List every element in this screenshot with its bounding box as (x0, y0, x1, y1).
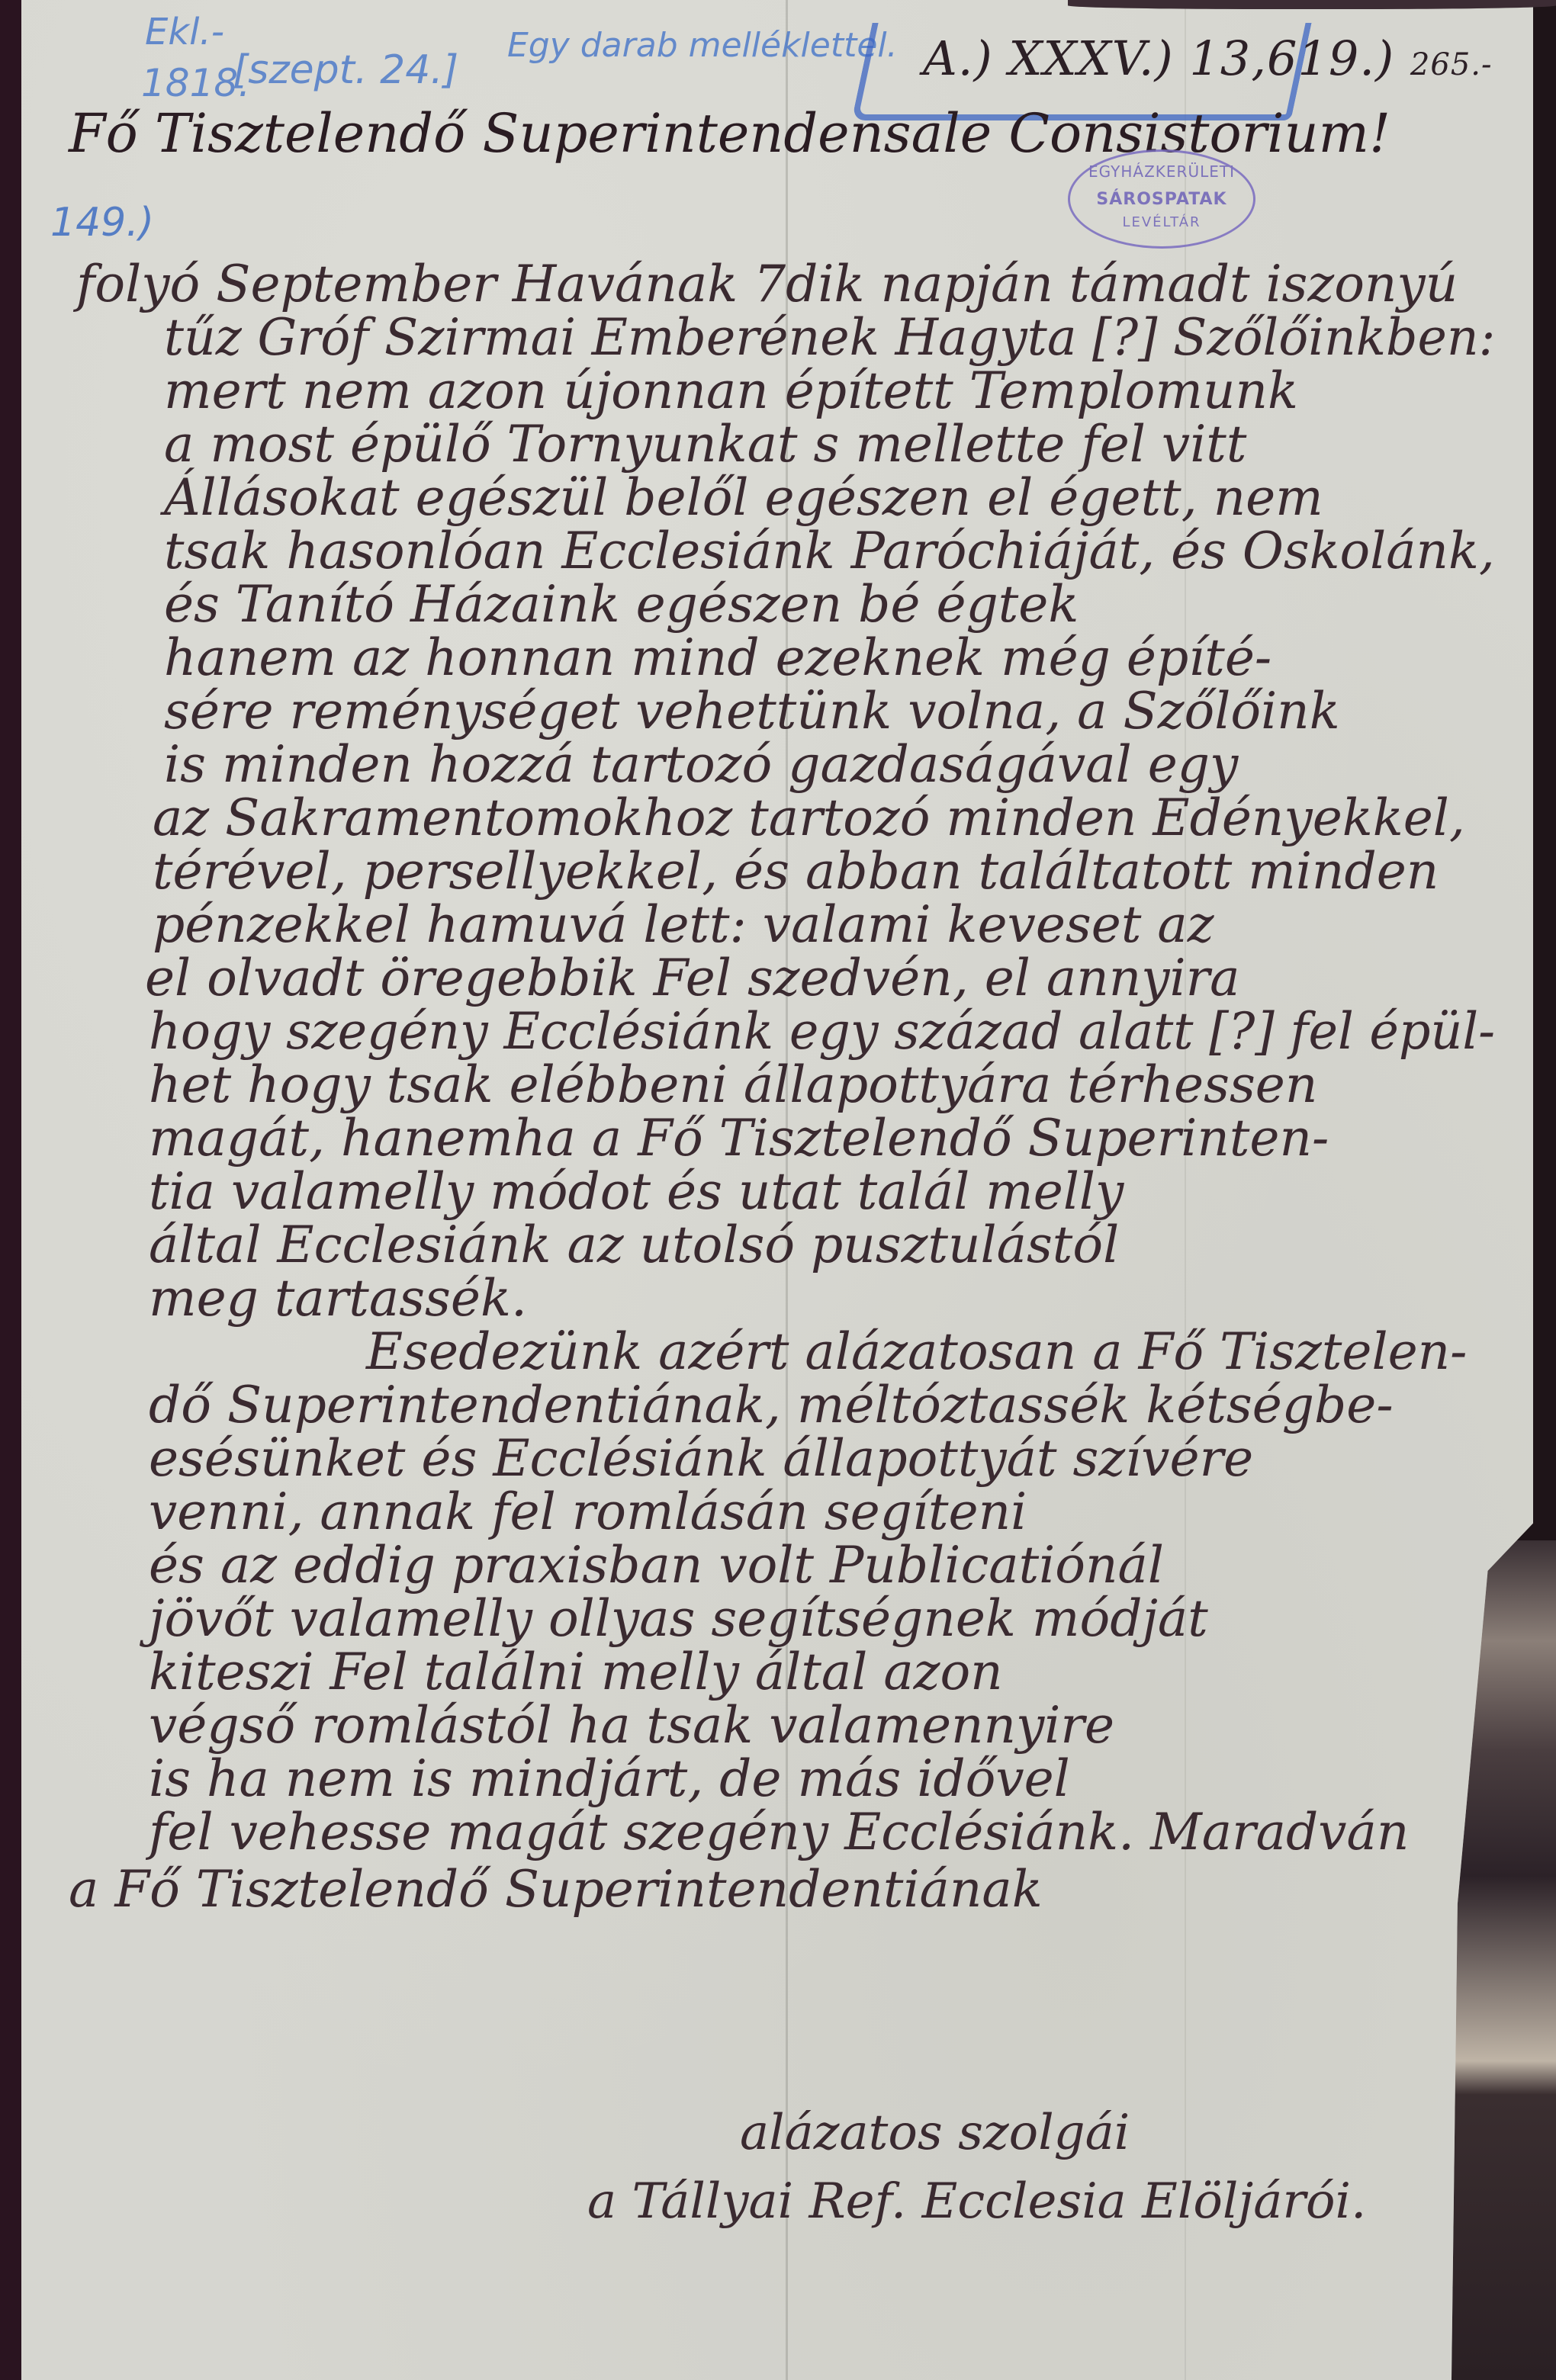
photo-background-left (0, 0, 23, 2380)
folio-mark: 149.) (50, 200, 154, 246)
body-line: a Fő Tisztelendő Superintendentiának (69, 1864, 1043, 1915)
body-line: het hogy tsak elébbeni állapottyára térh… (149, 1060, 1317, 1110)
body-line: tsak hasonlóan Ecclesiánk Paróchiáját, é… (164, 526, 1495, 577)
closing-line-2: a Tállyai Ref. Ecclesia Elöljárói. (587, 2173, 1366, 2230)
reference-volume: XXXV.) (1008, 31, 1173, 86)
body-line: dő Superintendentiának, méltóztassék két… (149, 1380, 1394, 1431)
body-line: tűz Gróf Szirmai Emberének Hagyta [?] Sz… (164, 313, 1495, 363)
body-line: által Ecclesiánk az utolsó pusztulástól (149, 1220, 1119, 1270)
body-line: a most épülő Tornyunkat s mellette fel v… (164, 419, 1246, 470)
date-bracket: [szept. 24.] (233, 47, 458, 93)
body-line: el olvadt öregebbik Fel szedvén, el anny… (145, 953, 1240, 1004)
body-line: mert nem azon újonnan épített Templomunk (164, 366, 1298, 416)
body-line: végső romlástól ha tsak valamennyire (149, 1701, 1114, 1751)
body-line: pénzekkel hamuvá lett: valami keveset az (153, 900, 1214, 950)
body-line: sére reménységet vehettünk volna, a Szől… (164, 686, 1340, 737)
body-line: is minden hozzá tartozó gazdaságával egy (164, 740, 1238, 790)
body-line: térével, persellyekkel, és abban találta… (153, 846, 1439, 897)
reference-page: 265.- (1410, 47, 1493, 82)
body-line: Állásokat egészül belől egészen el égett… (164, 473, 1323, 523)
archive-stamp: EGYHÁZKERÜLETI SÁROSPATAK LEVÉLTÁR (1068, 149, 1255, 249)
body-line: kiteszi Fel találni melly által azon (149, 1647, 1003, 1697)
body-line: és Tanító Házaink egészen bé égtek (164, 580, 1079, 630)
body-line: magát, hanemha a Fő Tisztelendő Superint… (149, 1113, 1329, 1164)
archive-reference: A.) XXXV.) 13,619.) 265.- (923, 31, 1493, 86)
body-line: tia valamelly módot és utat talál melly (149, 1167, 1124, 1217)
body-line: esésünket és Ecclésiánk állapottyát szív… (149, 1434, 1253, 1484)
body-line: fel vehesse magát szegény Ecclésiánk. Ma… (149, 1807, 1409, 1858)
body-line: Esedezünk azért alázatosan a Fő Tisztele… (366, 1327, 1467, 1377)
body-line: hanem az honnan mind ezeknek még építé- (164, 633, 1271, 683)
body-line: jövőt valamelly ollyas segítségnek módjá… (149, 1594, 1208, 1644)
top-edge-shadow (1068, 0, 1556, 9)
reference-number: 13,619.) (1189, 31, 1394, 86)
body-line: és az eddig praxisban volt Publicatiónál (149, 1540, 1164, 1591)
stamp-line-2: SÁROSPATAK (1070, 190, 1253, 209)
body-line: hogy szegény Ecclésiánk egy század alatt… (149, 1007, 1495, 1057)
reference-series: A.) (923, 31, 993, 86)
body-line: az Sakramentomokhoz tartozó minden Edény… (153, 793, 1465, 843)
closing-line-1: alázatos szolgái (740, 2105, 1130, 2161)
body-line: folyó September Havának 7dik napján táma… (76, 259, 1458, 310)
archive-label: Ekl.- (145, 11, 224, 53)
body-line: venni, annak fel romlásán segíteni (149, 1487, 1027, 1537)
body-line: meg tartassék. (149, 1274, 527, 1324)
stamp-line-1: EGYHÁZKERÜLETI (1070, 162, 1253, 181)
stamp-line-3: LEVÉLTÁR (1070, 214, 1253, 230)
body-line: is ha nem is mindjárt, de más idővel (149, 1754, 1070, 1804)
attachment-note: Egy darab melléklettel. (507, 26, 898, 65)
